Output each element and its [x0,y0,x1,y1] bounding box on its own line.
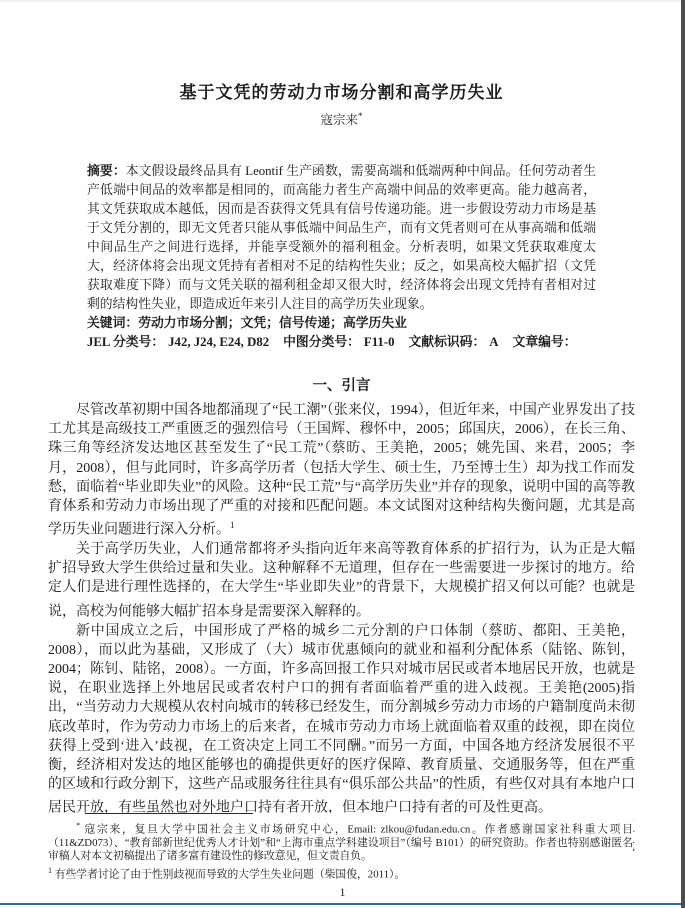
page-number: 1 [0,885,685,900]
paragraph-text: 新中国成立之后，中国形成了严格的城乡二元分割的户口体制（蔡昉、都阳、王美艳，20… [48,624,635,816]
paper-page: 基于文凭的劳动力市场分割和高学历失业 寇宗来* 摘要：本文假设最终品具有 Leo… [0,0,685,908]
author-line: 寇宗来* [48,110,635,128]
doc-code-label: 文献标识码： [408,335,485,349]
abstract-label: 摘要： [87,164,126,178]
footnote-mark-1: 1 [48,866,52,875]
author-name: 寇宗来 [320,113,358,127]
footnote-author-affiliation: * 寇宗来，复旦大学中国社会主义市场研究中心，Email: zlkou@fuda… [48,819,633,864]
article-no-label: 文章编号： [513,335,577,349]
paper-title: 基于文凭的劳动力市场分割和高学历失业 [48,78,635,103]
window-right-edge [681,0,685,908]
section-heading-introduction: 一、引言 [48,374,635,395]
footnote-1: 1 有些学者讨论了由于性别歧视而导致的大学生失业问题（柴国俊，2011）。 [48,864,633,882]
clc-classification: 中图分类号：F11-0 [283,335,394,349]
footnote-separator [85,813,253,814]
clc-value: F11-0 [364,335,395,349]
article-no: 文章编号： [513,335,581,349]
jel-value: J42, J24, E24, D82 [168,335,269,349]
jel-label: JEL 分类号： [87,335,164,349]
footnote-mark-asterisk: * [76,821,80,830]
intro-paragraph-1: 尽管改革初期中国各地都涌现了“民工潮”（张来仪，1994），但近年来，中国产业界… [48,401,635,540]
keywords-label: 关键词： [87,316,138,330]
abstract: 摘要：本文假设最终品具有 Leontif 生产函数，需要高端和低端两种中间品。任… [87,162,596,314]
footnote-reference-1: 1 [230,520,235,530]
intro-paragraph-3: 新中国成立之后，中国形成了严格的城乡二元分割的户口体制（蔡昉、都阳、王美艳，20… [48,622,635,819]
footnote-text: 寇宗来，复旦大学中国社会主义市场研究中心，Email: zlkou@fudan.… [48,823,633,862]
abstract-text: 本文假设最终品具有 Leontif 生产函数，需要高端和低端两种中间品。任何劳动… [87,164,596,311]
footnote-area: * 寇宗来，复旦大学中国社会主义市场研究中心，Email: zlkou@fuda… [48,813,633,882]
paragraph-text: 关于高学历失业，人们通常都将矛头指向近年来高等教育体系的扩招行为，认为正是大幅扩… [48,542,635,619]
clc-label: 中图分类号： [283,335,360,349]
author-footnote-mark: * [358,111,363,121]
jel-classification: JEL 分类号：J42, J24, E24, D82 [87,335,269,349]
document-viewport: 基于文凭的劳动力市场分割和高学历失业 寇宗来* 摘要：本文假设最终品具有 Leo… [0,0,685,908]
keywords-line: 关键词：劳动力市场分割；文凭；信号传递；高学历失业 [87,314,596,333]
footnote-text: 有些学者讨论了由于性别歧视而导致的大学生失业问题（柴国俊，2011）。 [55,869,406,881]
classification-line: JEL 分类号：J42, J24, E24, D82中图分类号：F11-0文献标… [87,333,596,352]
keywords-text: 劳动力市场分割；文凭；信号传递；高学历失业 [138,316,407,330]
doc-code: 文献标识码：A [408,335,498,349]
window-bottom-border [0,903,681,905]
intro-paragraph-2: 关于高学历失业，人们通常都将矛头指向近年来高等教育体系的扩招行为，认为正是大幅扩… [48,540,635,621]
doc-code-value: A [489,335,498,349]
paragraph-text: 尽管改革初期中国各地都涌现了“民工潮”（张来仪，1994），但近年来，中国产业界… [48,403,635,538]
window-top-edge [0,0,685,2]
